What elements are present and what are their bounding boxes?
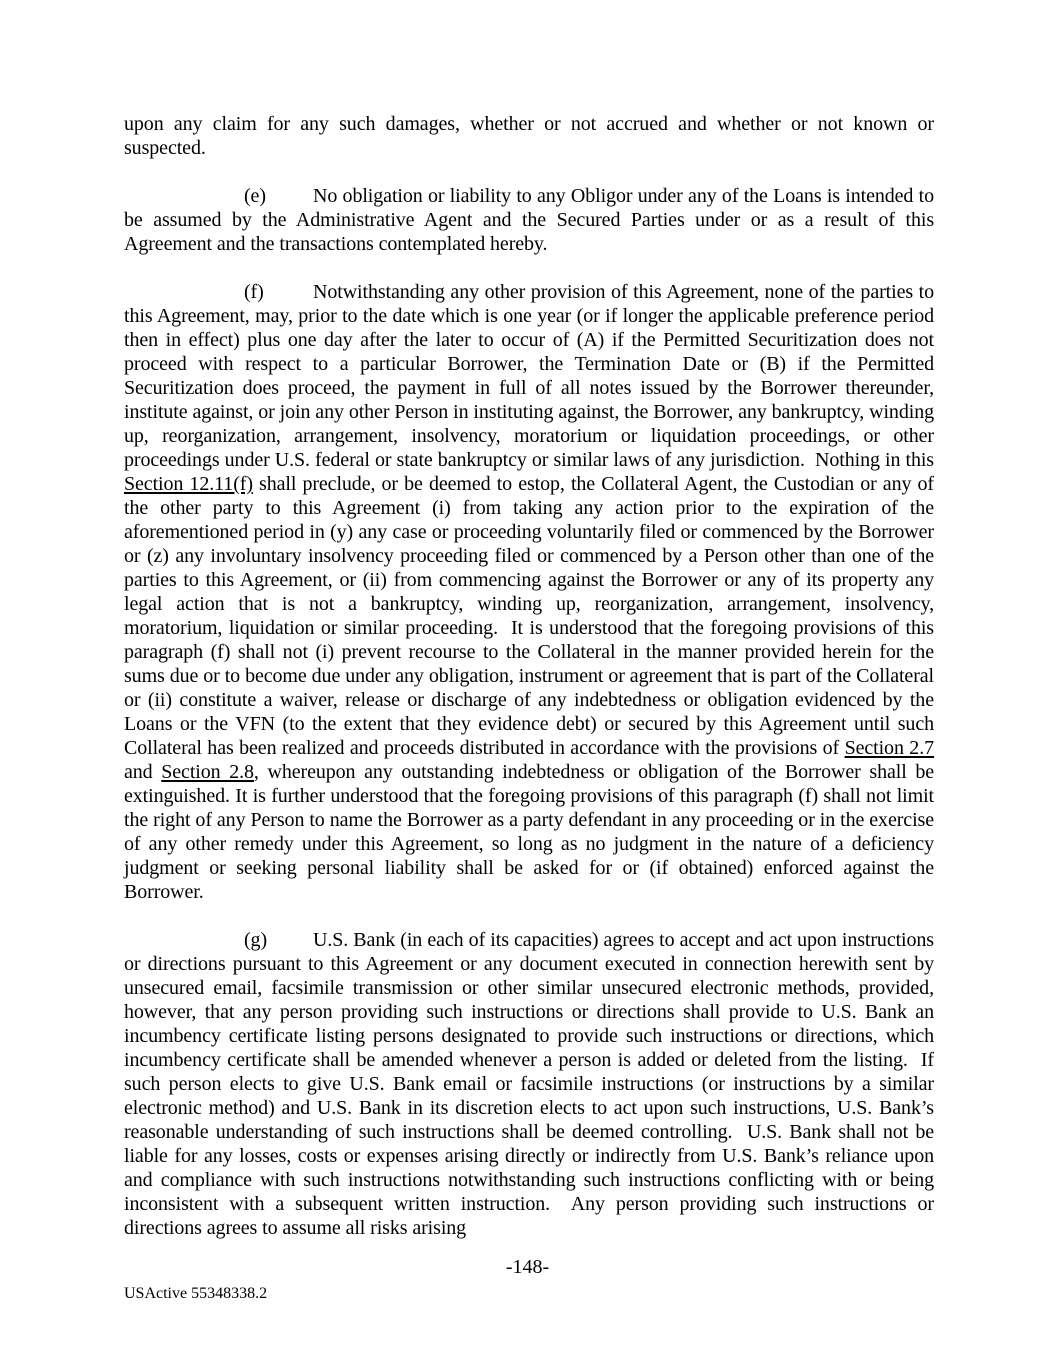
- paragraph-text: upon any claim for any such damages, whe…: [124, 113, 934, 159]
- paragraph-text: shall preclude, or be deemed to estop, t…: [124, 473, 934, 759]
- paragraph-text: Notwithstanding any other provision of t…: [124, 281, 934, 471]
- paragraph-label: (f): [244, 280, 313, 304]
- paragraph-label: (e): [244, 184, 313, 208]
- paragraph-text: U.S. Bank (in each of its capacities) ag…: [124, 929, 934, 1239]
- continuation-paragraph: upon any claim for any such damages, whe…: [124, 112, 934, 160]
- paragraph-g: (g)U.S. Bank (in each of its capacities)…: [124, 928, 934, 1240]
- section-reference: Section 2.7: [845, 737, 934, 759]
- footer-doc-id: USActive 55348338.2: [124, 1285, 267, 1303]
- section-reference: Section 12.11(f): [124, 473, 253, 495]
- footer-page-number: -148-: [0, 1256, 1055, 1278]
- paragraph-text: and: [124, 761, 161, 783]
- paragraph-f: (f)Notwithstanding any other provision o…: [124, 280, 934, 904]
- section-reference: Section 2.8: [161, 761, 254, 783]
- paragraph-e: (e)No obligation or liability to any Obl…: [124, 184, 934, 256]
- document-body: upon any claim for any such damages, whe…: [124, 112, 934, 1264]
- document-page: upon any claim for any such damages, whe…: [0, 0, 1055, 1365]
- paragraph-label: (g): [244, 928, 313, 952]
